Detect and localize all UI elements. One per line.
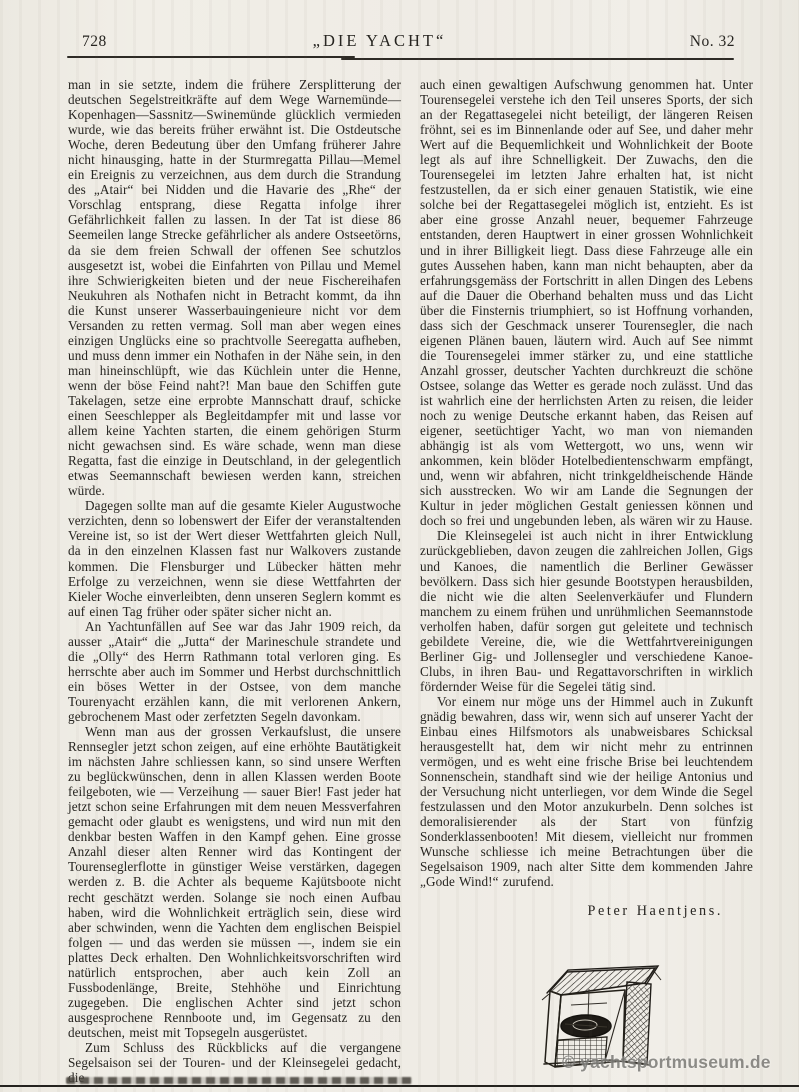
- journal-title: „DIE YACHT“: [0, 31, 759, 51]
- watermark: © yachtsportmuseum.de: [562, 1052, 771, 1073]
- magazine-page: 728 „DIE YACHT“ No. 32 man in sie setzte…: [0, 0, 799, 1092]
- header-rule-left: [67, 56, 355, 58]
- page-edge-line: [0, 1085, 799, 1087]
- author-signature: Peter Haentjens.: [420, 904, 753, 919]
- paragraph: Die Kleinsegelei ist auch nicht in ihrer…: [420, 528, 753, 694]
- paragraph: Wenn man aus der grossen Verkaufslust, d…: [68, 724, 401, 1040]
- text-column-right: auch einen gewaltigen Aufschwung genomme…: [420, 77, 753, 919]
- paragraph: auch einen gewaltigen Aufschwung genomme…: [420, 77, 753, 528]
- paragraph: Dagegen sollte man auf die gesamte Kiele…: [68, 498, 401, 618]
- paragraph: man in sie setzte, indem die frühere Zer…: [68, 77, 401, 498]
- paragraph: An Yachtunfällen auf See war das Jahr 19…: [68, 619, 401, 724]
- text-column-left: man in sie setzte, indem die frühere Zer…: [68, 77, 401, 1085]
- paragraph: Vor einem nur möge uns der Himmel auch i…: [420, 694, 753, 890]
- issue-number: No. 32: [690, 33, 735, 51]
- header-rule-right: [341, 58, 734, 60]
- print-bleed-artifact: [66, 1077, 412, 1084]
